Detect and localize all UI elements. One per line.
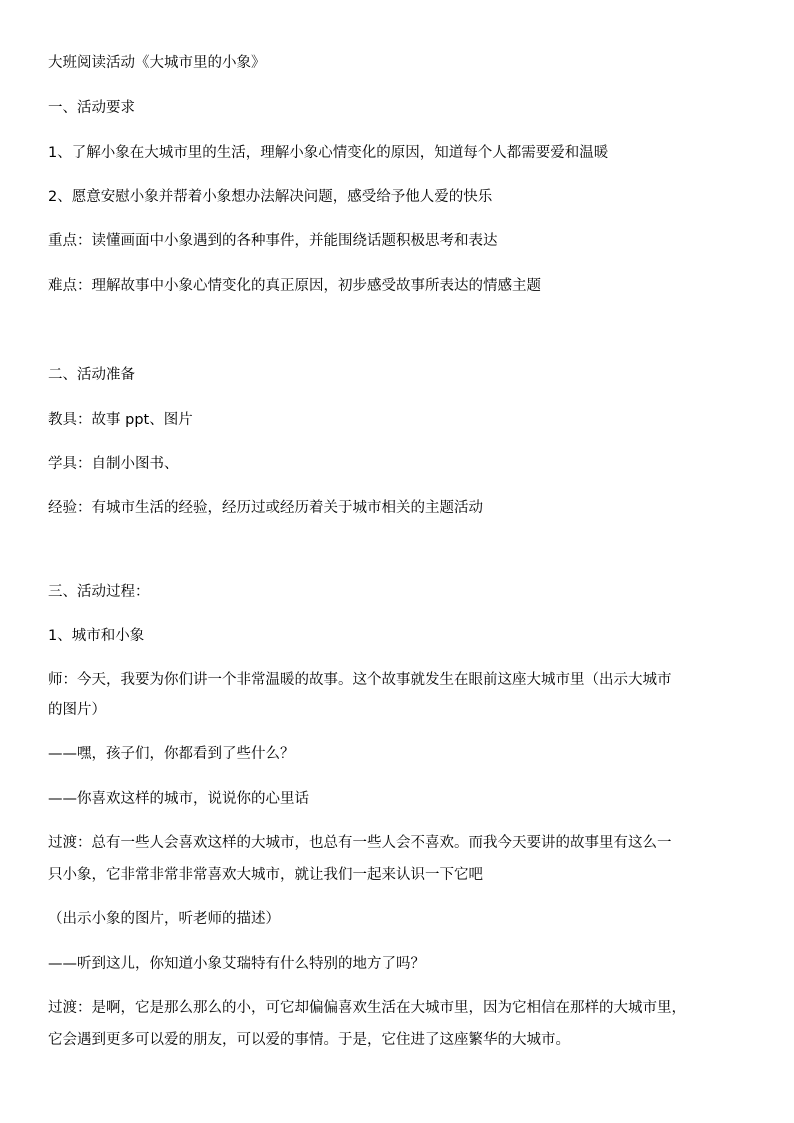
section2-heading: 二、活动准备 [48, 359, 748, 391]
section3-heading: 三、活动过程： [48, 576, 748, 608]
section1-heading: 一、活动要求 [48, 92, 748, 124]
experience: 经验：有城市生活的经验，经历过或经历着关于城市相关的主题活动 [48, 492, 748, 524]
objective-item-2: 2、愿意安慰小象并帮着小象想办法解决问题，感受给予他人爱的快乐 [48, 181, 748, 213]
key-point: 重点：读懂画面中小象遇到的各种事件，并能围绕话题积极思考和表达 [48, 225, 748, 257]
objective-item-1: 1、了解小象在大城市里的生活，理解小象心情变化的原因，知道每个人都需要爱和温暖 [48, 137, 748, 169]
teacher-line-1: 师：今天，我要为你们讲一个非常温暖的故事。这个故事就发生在眼前这座大城市里（出示… [48, 664, 748, 696]
question-3: ——听到这儿，你知道小象艾瑞特有什么特别的地方了吗？ [48, 948, 748, 980]
transition-1-line-2: 只小象，它非常非常非常喜欢大城市，就让我们一起来认识一下它吧 [48, 859, 748, 891]
teacher-line-2: 的图片） [48, 694, 748, 726]
difficulty-point: 难点：理解故事中小象心情变化的真正原因，初步感受故事所表达的情感主题 [48, 270, 748, 302]
question-1: ——嘿，孩子们，你都看到了些什么？ [48, 738, 748, 770]
document-title: 大班阅读活动《大城市里的小象》 [48, 47, 748, 79]
transition-2-line-2: 它会遇到更多可以爱的朋友，可以爱的事情。于是，它住进了这座繁华的大城市。 [48, 1024, 748, 1056]
subsection-1-heading: 1、城市和小象 [48, 620, 748, 652]
stage-note: （出示小象的图片，听老师的描述） [48, 903, 748, 935]
question-2: ——你喜欢这样的城市，说说你的心里话 [48, 783, 748, 815]
transition-1-line-1: 过渡：总有一些人会喜欢这样的大城市，也总有一些人会不喜欢。而我今天要讲的故事里有… [48, 827, 748, 859]
teaching-aids: 教具：故事 ppt、图片 [48, 404, 748, 436]
transition-2-line-1: 过渡：是啊，它是那么那么的小，可它却偏偏喜欢生活在大城市里，因为它相信在那样的大… [48, 992, 748, 1024]
learning-aids: 学具：自制小图书、 [48, 448, 748, 480]
